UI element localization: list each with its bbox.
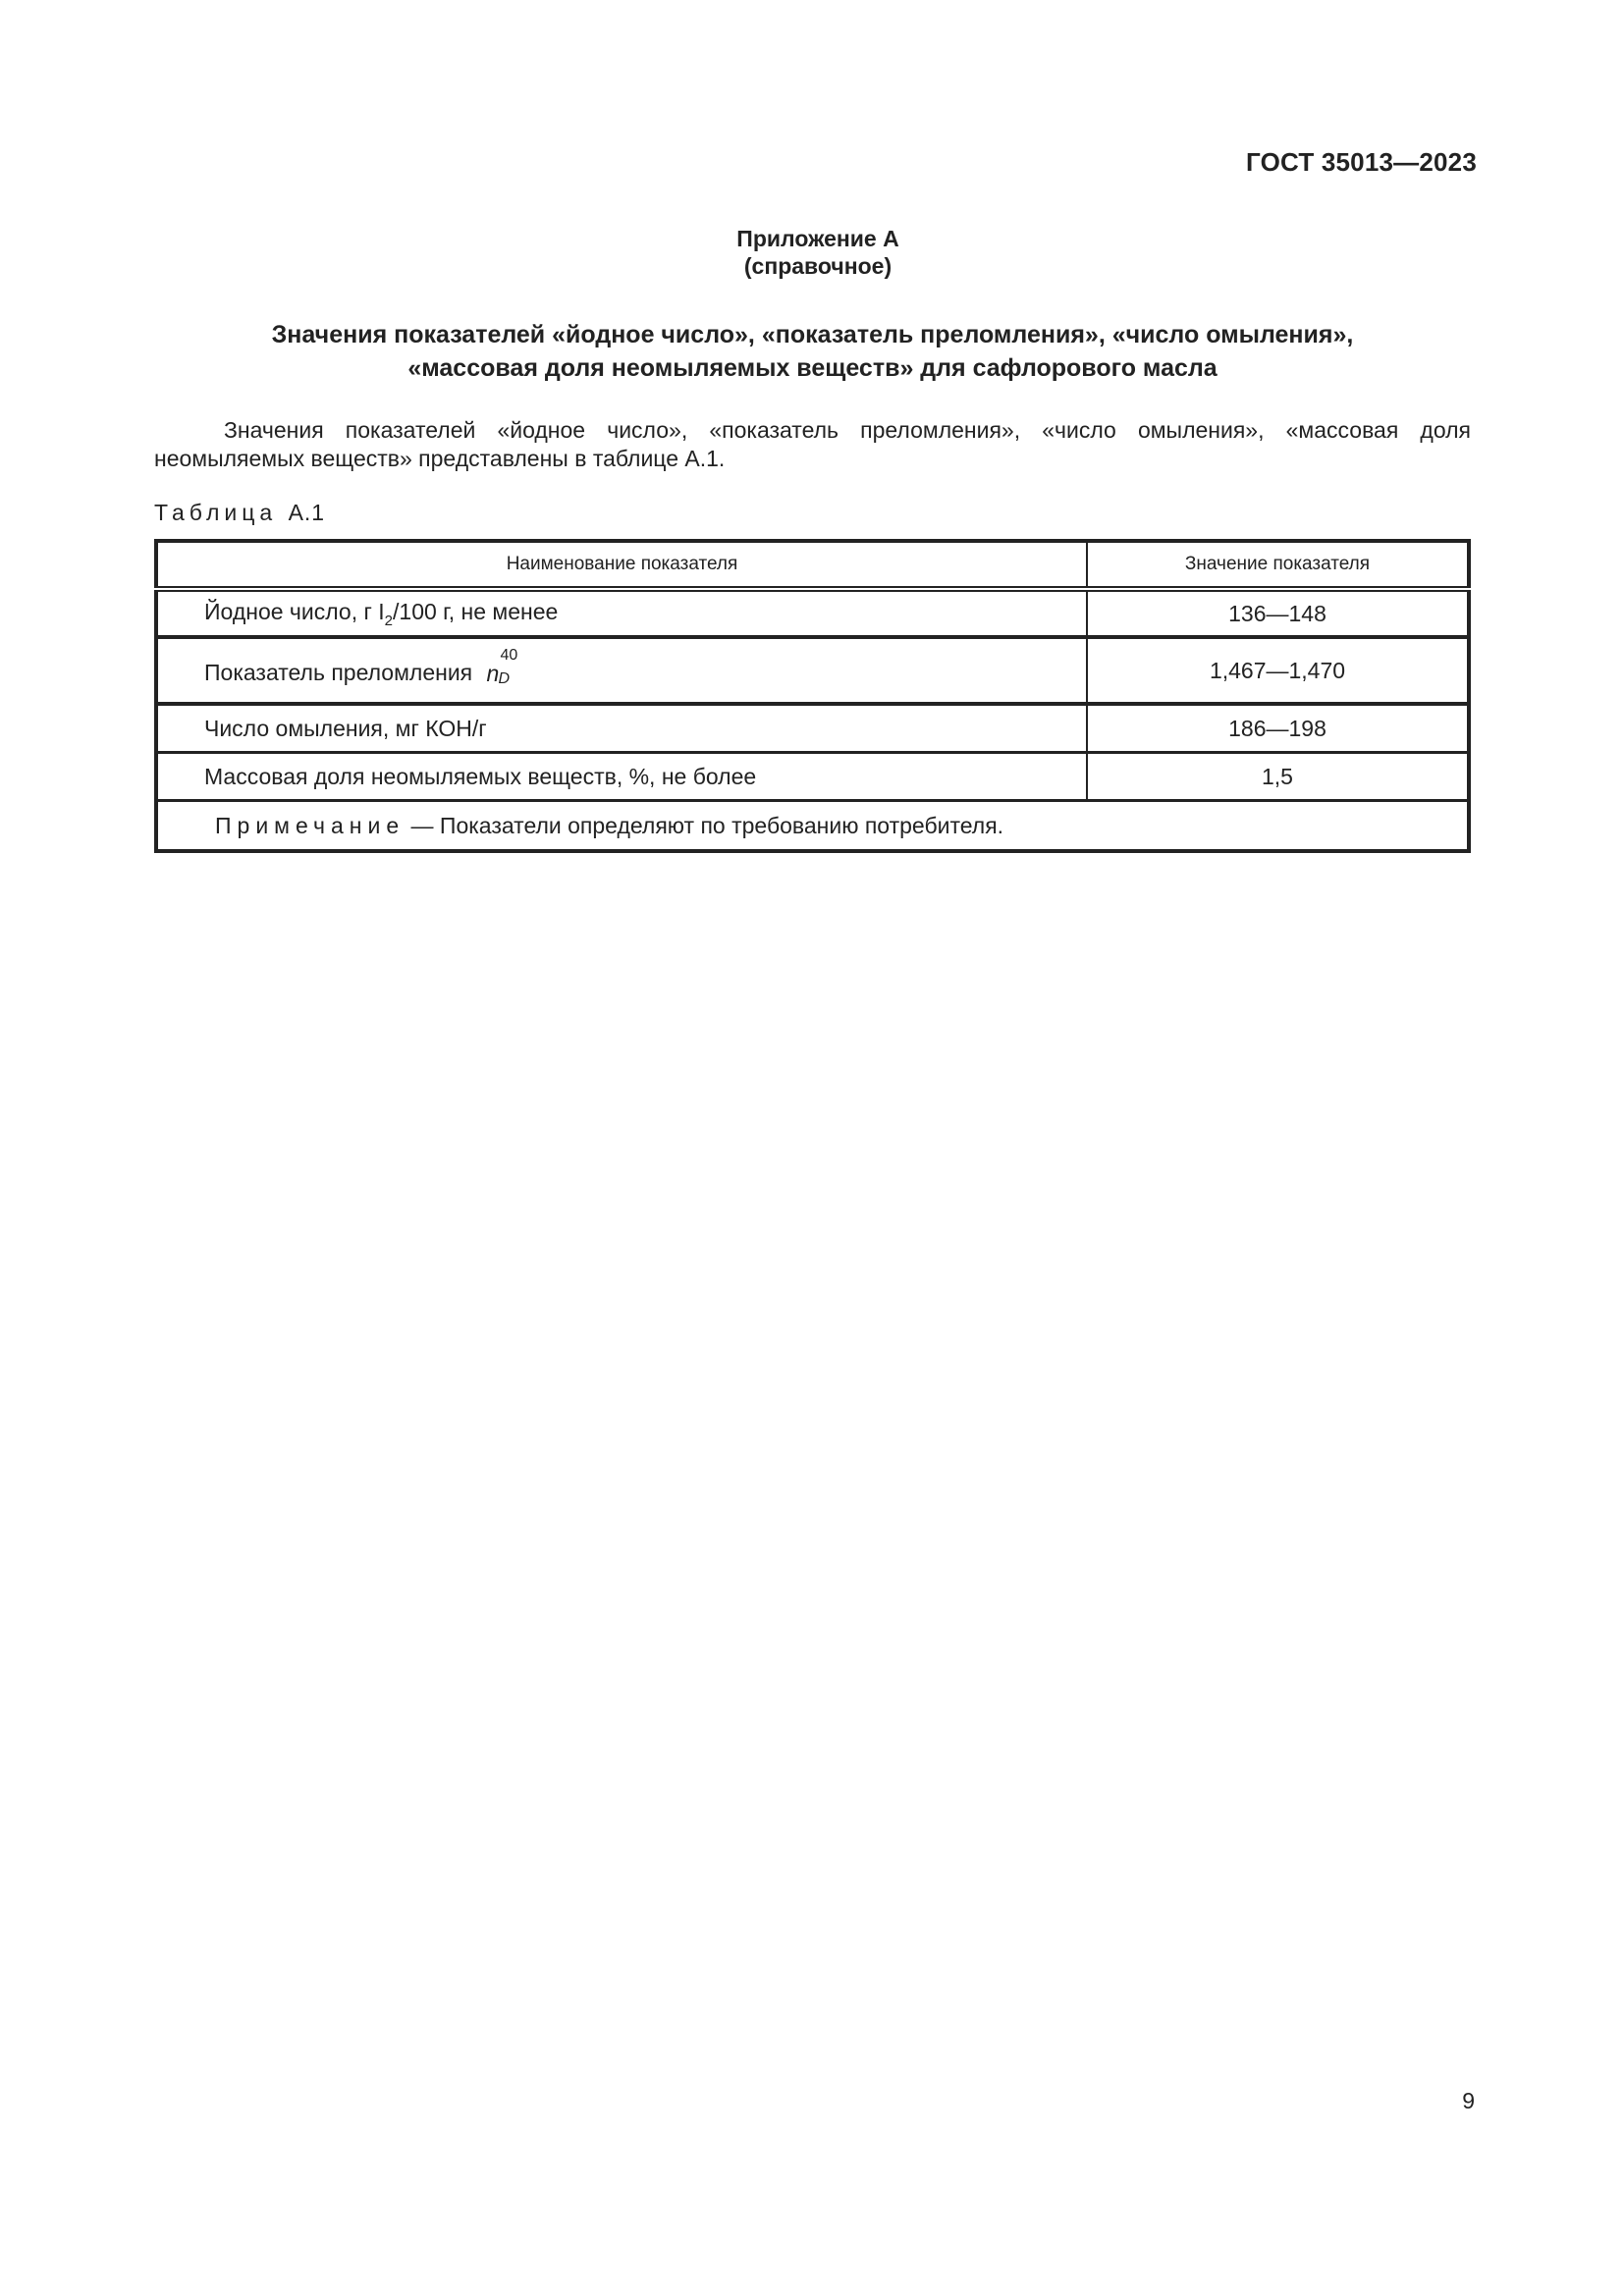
table-header-row: Наименование показателя Значение показат… <box>156 541 1469 589</box>
indicator-name: Показатель преломления n D 40 <box>156 637 1087 704</box>
table-row: Массовая доля неомыляемых веществ, %, не… <box>156 753 1469 801</box>
table-caption-number: А.1 <box>289 500 326 525</box>
note-label: Примечание <box>215 813 405 838</box>
section-title-line-2: «массовая доля неомыляемых веществ» для … <box>154 351 1471 385</box>
table-note: Примечание — Показатели определяют по тр… <box>156 801 1469 852</box>
intro-paragraph: Значения показателей «йодное число», «по… <box>154 416 1471 473</box>
document-code: ГОСТ 35013—2023 <box>1246 147 1477 178</box>
table-row: Йодное число, г I2/100 г, не менее 136—1… <box>156 589 1469 637</box>
appendix-type: (справочное) <box>12 252 1624 280</box>
indicators-table: Наименование показателя Значение показат… <box>154 539 1471 853</box>
subscript: 2 <box>385 613 393 629</box>
appendix-title: Приложение А <box>12 225 1624 252</box>
table-row: Показатель преломления n D 40 1,467—1,47… <box>156 637 1469 704</box>
indicator-name: Число омыления, мг КОН/г <box>156 704 1087 753</box>
indicator-value: 186—198 <box>1087 704 1469 753</box>
indicator-value: 1,467—1,470 <box>1087 637 1469 704</box>
indicator-name: Йодное число, г I2/100 г, не менее <box>156 589 1087 637</box>
header-indicator-name: Наименование показателя <box>156 541 1087 589</box>
header-indicator-value: Значение показателя <box>1087 541 1469 589</box>
page-number: 9 <box>1462 2088 1475 2114</box>
refractive-index-symbol: n D 40 <box>487 655 520 684</box>
indicator-value: 136—148 <box>1087 589 1469 637</box>
section-title-line-1: Значения показателей «йодное число», «по… <box>154 318 1471 351</box>
note-text: — Показатели определяют по требованию по… <box>405 813 1003 838</box>
table-note-row: Примечание — Показатели определяют по тр… <box>156 801 1469 852</box>
indicator-value: 1,5 <box>1087 753 1469 801</box>
table-row: Число омыления, мг КОН/г 186—198 <box>156 704 1469 753</box>
appendix-heading: Приложение А (справочное) <box>0 225 1624 280</box>
indicator-name: Массовая доля неомыляемых веществ, %, не… <box>156 753 1087 801</box>
table-caption: Таблица А.1 <box>154 500 325 526</box>
table-caption-label: Таблица <box>154 500 277 525</box>
section-title: Значения показателей «йодное число», «по… <box>154 318 1471 385</box>
